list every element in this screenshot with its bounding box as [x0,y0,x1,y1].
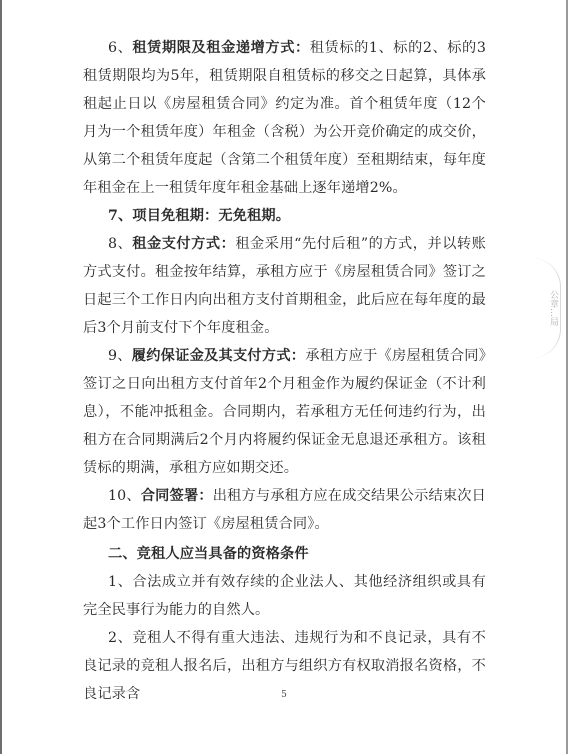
paragraph-9-deposit: 9、履约保证金及其支付方式：承租方应于《房屋租赁合同》签订之日向出租方支付首年2… [83,342,486,482]
paragraph-body: 无免租期。 [218,208,290,224]
paragraph-number: 8、 [108,236,132,252]
paragraph-number: 10、 [108,488,141,504]
page-border-left [0,0,2,754]
paragraph-number: 7、 [108,208,132,224]
paragraph-heading: 租金支付方式： [132,236,235,252]
paragraph-number: 9、 [108,348,132,364]
paragraph-body: 租赁标的1、标的2、标的3租赁期限均为5年，租赁期限自租赁标的移交之日起算，具体… [83,40,486,196]
paragraph-10-contract-signing: 10、合同签署：出租方与承租方应在成交结果公示结束次日起3个工作日内签订《房屋租… [83,482,486,538]
paragraph-heading: 租赁期限及租金递增方式： [132,40,309,56]
section-two-item-1: 1、合法成立并有效存续的企业法人、其他经济组织或具有完全民事行为能力的自然人。 [83,568,486,624]
paragraph-heading: 项目免租期： [132,208,218,224]
page-number: 5 [0,690,568,700]
official-seal-stamp: 公章…局 [532,258,561,358]
paragraph-number: 6、 [108,40,132,56]
paragraph-heading: 履约保证金及其支付方式： [132,348,306,364]
paragraph-8-payment-method: 8、租金支付方式：租金采用“先付后租”的方式，并以转账方式支付。租金按年结算，承… [83,230,486,342]
paragraph-6-lease-term: 6、租赁期限及租金递增方式：租赁标的1、标的2、标的3租赁期限均为5年，租赁期限… [83,34,486,202]
paragraph-body: 承租方应于《房屋租赁合同》签订之日向出租方支付首年2个月租金作为履约保证金（不计… [83,348,486,476]
paragraph-heading: 合同签署： [141,488,213,504]
section-two-heading: 二、竞租人应当具备的资格条件 [83,540,486,568]
paragraph-7-rent-free: 7、项目免租期：无免租期。 [83,202,486,230]
document-page: 6、租赁期限及租金递增方式：租赁标的1、标的2、标的3租赁期限均为5年，租赁期限… [83,34,486,708]
